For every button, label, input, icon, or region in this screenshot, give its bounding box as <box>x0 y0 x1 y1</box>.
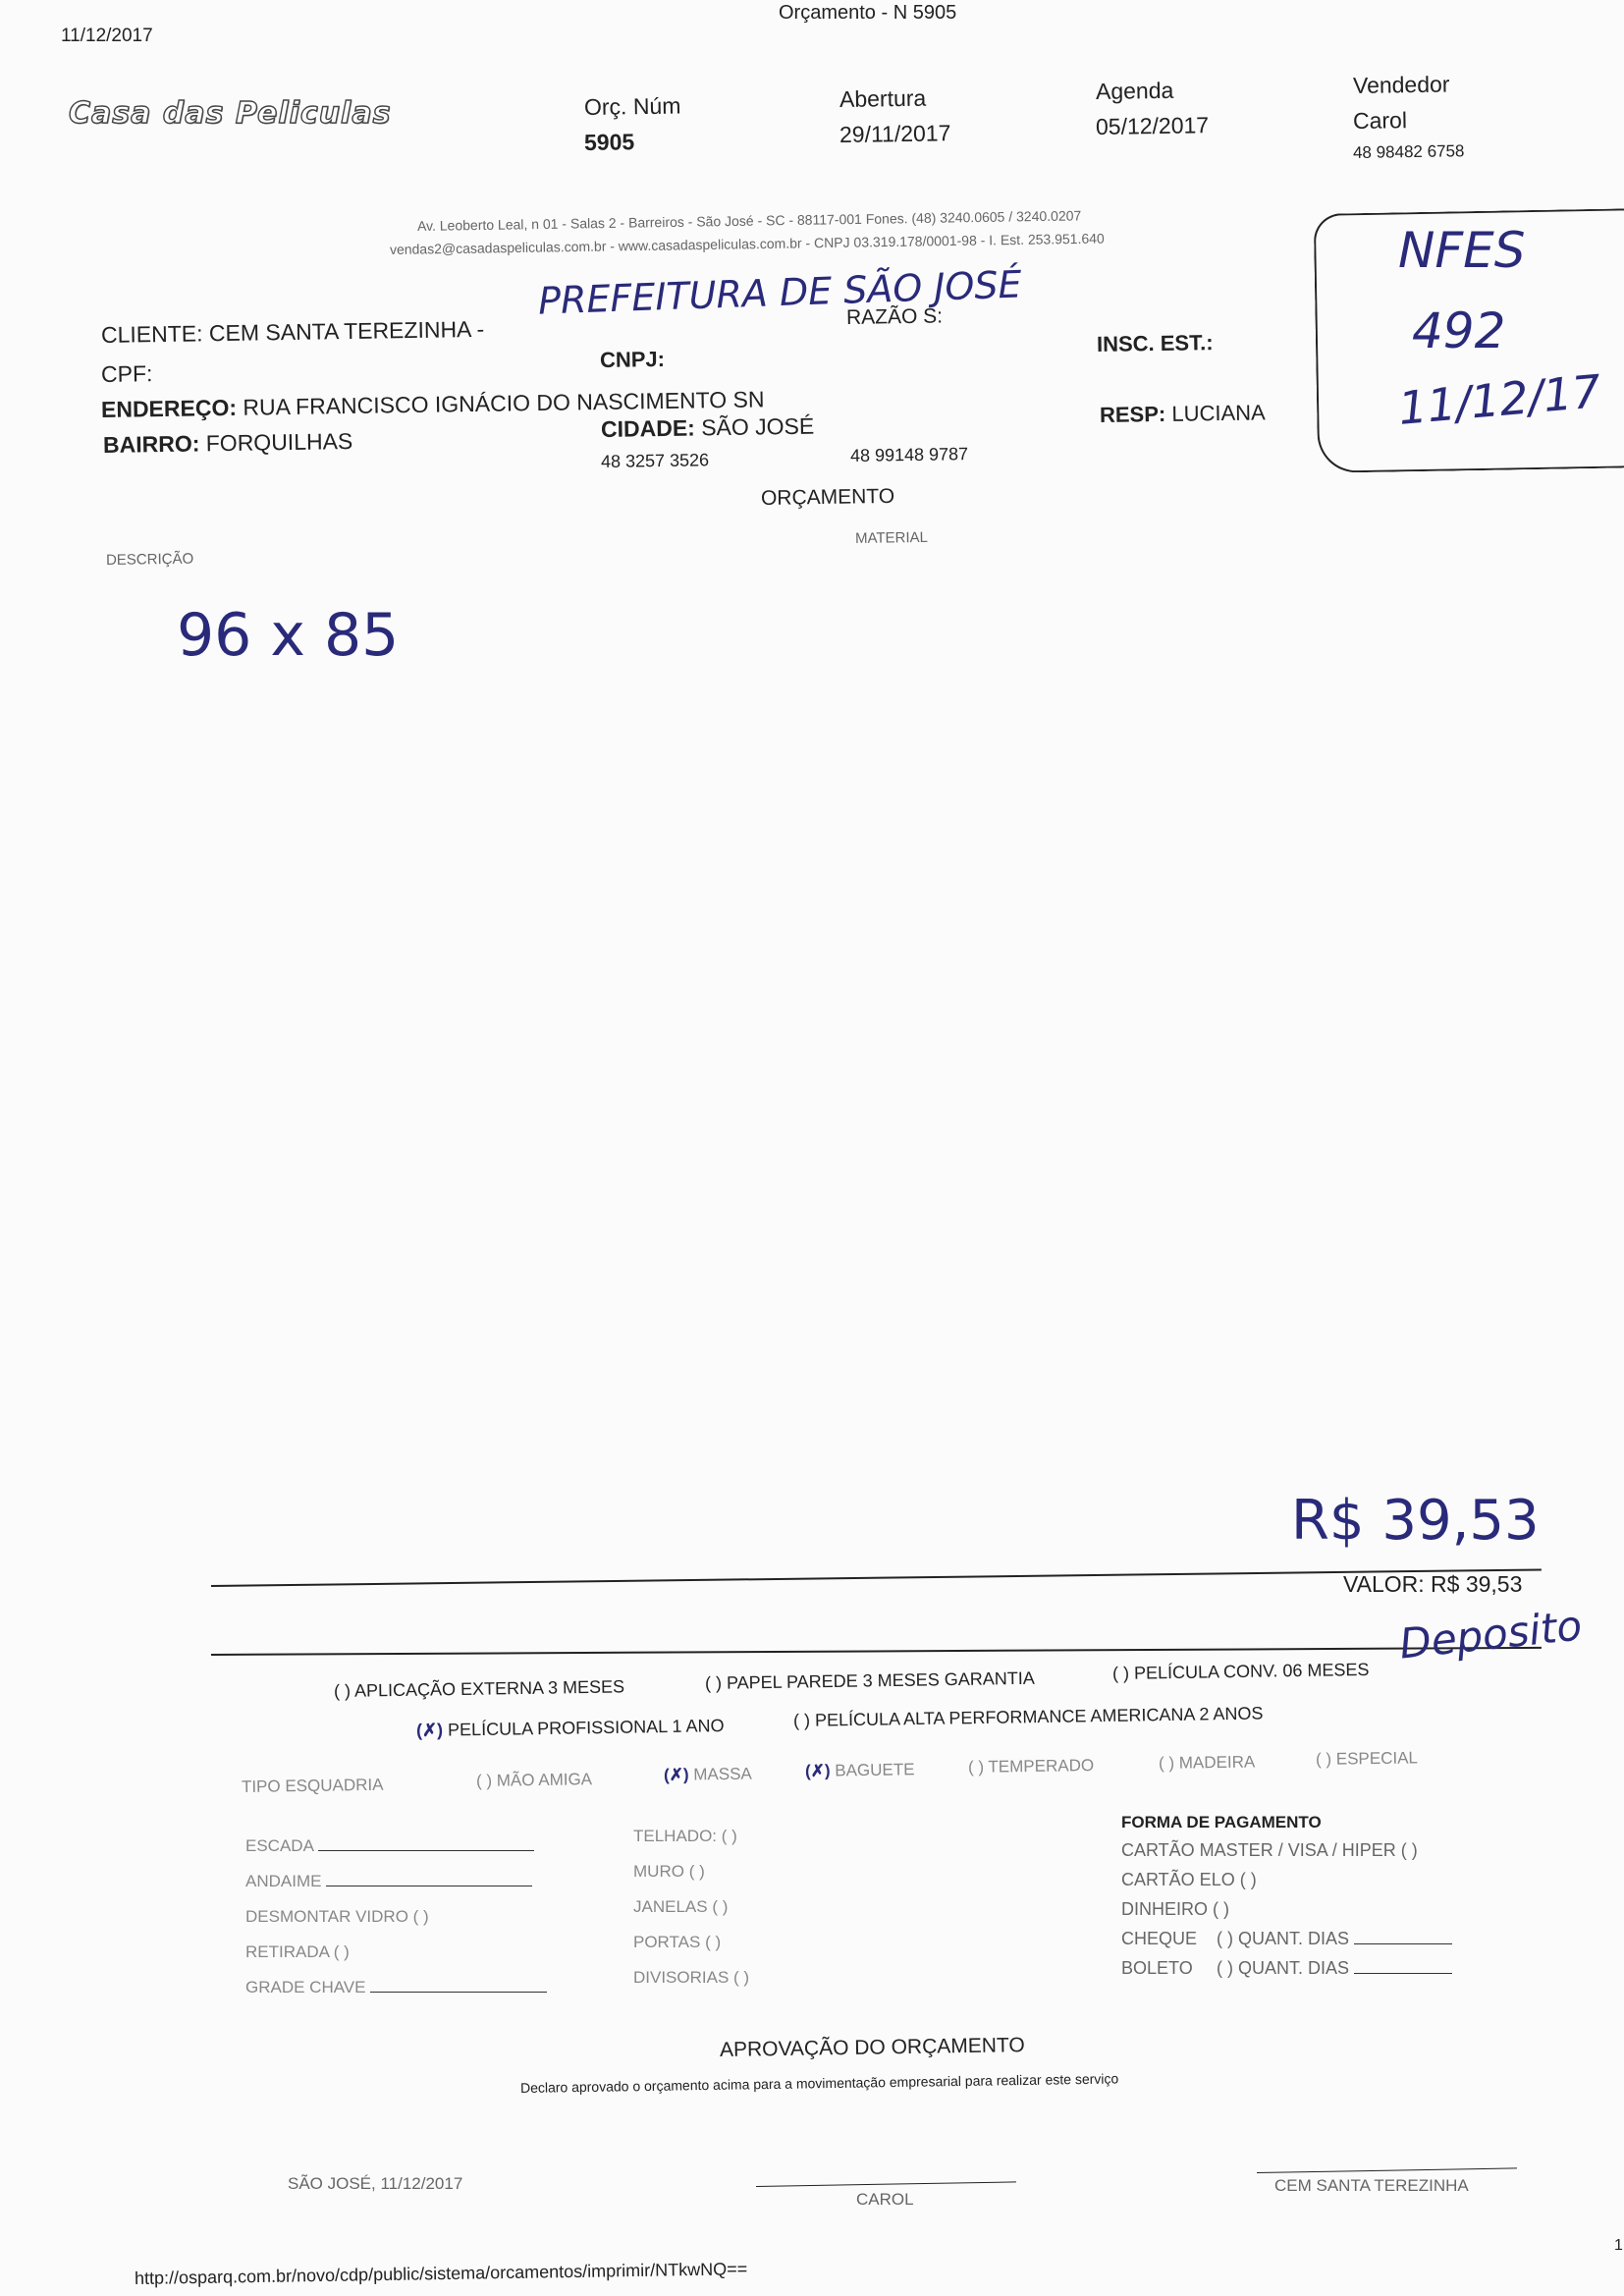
seller-signature-line <box>756 2181 1016 2187</box>
esquadria-option[interactable]: (✗) MASSA <box>664 1765 752 1785</box>
endereco-label: ENDEREÇO: <box>101 395 237 422</box>
print-title: Orçamento - N 5905 <box>779 2 956 25</box>
valor-label: VALOR: <box>1343 1571 1425 1597</box>
extra-grade-chave[interactable]: GRADE CHAVE <box>245 1978 547 1997</box>
checkbox-empty-icon: ( ) <box>712 1897 728 1916</box>
checkbox-empty-icon: ( ) <box>1217 1929 1233 1948</box>
warranty-option[interactable]: ( ) PAPEL PAREDE 3 MESES GARANTIA <box>705 1668 1035 1694</box>
checkbox-empty-icon: ( ) <box>968 1758 984 1777</box>
vendedor-value: Carol <box>1353 107 1407 135</box>
checkbox-empty-icon: ( ) <box>476 1772 492 1790</box>
valor-value: R$ 39,53 <box>1431 1571 1522 1597</box>
boleto-days-input-line[interactable] <box>1354 1973 1452 1974</box>
escada-input-line[interactable] <box>318 1850 534 1851</box>
payment-title: FORMA DE PAGAMENTO <box>1121 1813 1322 1832</box>
extra-andaime[interactable]: ANDAIME <box>245 1872 532 1891</box>
cidade-value: SÃO JOSÉ <box>701 413 814 441</box>
abertura-label: Abertura <box>839 85 927 113</box>
checkbox-checked-icon: (✗) <box>664 1766 689 1784</box>
esquadria-option[interactable]: ( ) MADEIRA <box>1159 1752 1256 1774</box>
payment-option-dinheiro[interactable]: DINHEIRO ( ) <box>1121 1899 1229 1920</box>
checkbox-empty-icon: ( ) <box>689 1862 705 1881</box>
company-address: Av. Leoberto Leal, n 01 - Salas 2 - Barr… <box>417 207 1081 234</box>
esquadria-label: TIPO ESQUADRIA <box>242 1776 384 1797</box>
checkbox-empty-icon: ( ) <box>705 1673 722 1693</box>
checkbox-empty-icon: ( ) <box>1401 1840 1418 1860</box>
page-number: 1 <box>1614 2237 1623 2255</box>
seller-signature-name: CAROL <box>856 2190 914 2210</box>
checkbox-empty-icon: ( ) <box>1159 1754 1174 1773</box>
extra-muro[interactable]: MURO ( ) <box>633 1862 705 1882</box>
cidade-label: CIDADE: <box>601 414 695 442</box>
orc-num-value: 5905 <box>584 129 635 156</box>
checkbox-empty-icon: ( ) <box>413 1907 429 1926</box>
payment-option-boleto[interactable]: BOLETO ( ) QUANT. DIAS <box>1121 1958 1452 1979</box>
cheque-days-input-line[interactable] <box>1354 1943 1452 1944</box>
checkbox-empty-icon: ( ) <box>1217 1958 1233 1978</box>
extra-escada[interactable]: ESCADA <box>245 1836 534 1856</box>
checkbox-empty-icon: ( ) <box>733 1968 749 1987</box>
payment-option-cheque[interactable]: CHEQUE ( ) QUANT. DIAS <box>1121 1929 1452 1949</box>
checkbox-empty-icon: ( ) <box>722 1827 737 1845</box>
bairro-label: BAIRRO: <box>103 430 200 458</box>
checkbox-checked-icon: (✗) <box>805 1762 831 1780</box>
extra-desmontar-vidro[interactable]: DESMONTAR VIDRO ( ) <box>245 1907 429 1927</box>
client-phone-1: 48 3257 3526 <box>601 450 709 472</box>
esquadria-option[interactable]: ( ) ESPECIAL <box>1316 1748 1418 1770</box>
cnpj-label: CNPJ: <box>600 347 665 373</box>
client-signature-name: CEM SANTA TEREZINHA <box>1274 2176 1469 2196</box>
cidade-field: CIDADE: SÃO JOSÉ <box>601 413 815 443</box>
checkbox-empty-icon: ( ) <box>793 1711 810 1730</box>
vendedor-phone: 48 98482 6758 <box>1353 141 1465 163</box>
handwritten-payment-method: Deposito <box>1397 1601 1584 1667</box>
checkbox-empty-icon: ( ) <box>1112 1664 1129 1683</box>
payment-option-card[interactable]: CARTÃO MASTER / VISA / HIPER ( ) <box>1121 1840 1418 1861</box>
checkbox-checked-icon: (✗) <box>416 1721 443 1740</box>
bairro-field: BAIRRO: FORQUILHAS <box>103 428 353 459</box>
payment-option-elo[interactable]: CARTÃO ELO ( ) <box>1121 1870 1257 1890</box>
extra-janelas[interactable]: JANELAS ( ) <box>633 1897 728 1917</box>
handwritten-client-name: PREFEITURA DE SÃO JOSÉ <box>537 262 1022 322</box>
warranty-option[interactable]: ( ) PELÍCULA CONV. 06 MESES <box>1112 1660 1370 1684</box>
valor-field: VALOR: R$ 39,53 <box>1343 1571 1522 1598</box>
handwritten-note-nfes: NFES <box>1398 222 1526 279</box>
warranty-option[interactable]: (✗) PELÍCULA PROFISSIONAL 1 ANO <box>416 1716 725 1741</box>
esquadria-option[interactable]: ( ) TEMPERADO <box>968 1756 1094 1777</box>
vendedor-label: Vendedor <box>1353 71 1450 99</box>
orc-num-label: Orç. Núm <box>584 92 681 121</box>
warranty-option[interactable]: ( ) APLICAÇÃO EXTERNA 3 MESES <box>334 1676 624 1702</box>
extra-retirada[interactable]: RETIRADA ( ) <box>245 1942 350 1962</box>
warranty-option[interactable]: ( ) PELÍCULA ALTA PERFORMANCE AMERICANA … <box>793 1703 1264 1731</box>
extra-portas[interactable]: PORTAS ( ) <box>633 1933 721 1952</box>
handwritten-total: R$ 39,53 <box>1291 1489 1540 1553</box>
andaime-input-line[interactable] <box>326 1886 532 1886</box>
cpf-label: CPF: <box>101 360 153 388</box>
resp-field: RESP: LUCIANA <box>1100 400 1266 428</box>
abertura-value: 29/11/2017 <box>839 120 951 148</box>
checkbox-empty-icon: ( ) <box>1213 1899 1229 1919</box>
approval-place-date: SÃO JOSÉ, 11/12/2017 <box>288 2174 462 2194</box>
section-title: ORÇAMENTO <box>761 485 894 511</box>
bairro-value: FORQUILHAS <box>206 428 353 456</box>
extra-divisorias[interactable]: DIVISORIAS ( ) <box>633 1968 749 1988</box>
total-top-divider <box>211 1568 1542 1587</box>
client-phone-2: 48 99148 9787 <box>850 444 968 466</box>
handwritten-description: 96 x 85 <box>177 601 399 670</box>
extra-telhado[interactable]: TELHADO: ( ) <box>633 1827 737 1846</box>
print-date: 11/12/2017 <box>61 26 153 47</box>
company-logo: Casa das Peliculas <box>69 96 391 131</box>
approval-text: Declaro aprovado o orçamento acima para … <box>520 2070 1118 2096</box>
descricao-label: DESCRIÇÃO <box>106 551 193 569</box>
checkbox-empty-icon: ( ) <box>1240 1870 1257 1889</box>
material-label: MATERIAL <box>855 529 928 547</box>
agenda-label: Agenda <box>1096 78 1174 105</box>
resp-value: LUCIANA <box>1171 400 1266 425</box>
checkbox-empty-icon: ( ) <box>334 1681 351 1701</box>
approval-title: APROVAÇÃO DO ORÇAMENTO <box>720 2034 1025 2062</box>
esquadria-option[interactable]: (✗) BAGUETE <box>805 1760 915 1781</box>
cliente-field: CLIENTE: CEM SANTA TEREZINHA - <box>101 316 485 349</box>
total-bottom-divider <box>211 1647 1542 1656</box>
checkbox-empty-icon: ( ) <box>705 1933 721 1951</box>
esquadria-option[interactable]: ( ) MÃO AMIGA <box>476 1770 592 1791</box>
insc-est-label: INSC. EST.: <box>1097 330 1214 357</box>
razao-label: RAZÃO S: <box>846 304 943 330</box>
checkbox-empty-icon: ( ) <box>334 1942 350 1961</box>
agenda-value: 05/12/2017 <box>1096 112 1210 140</box>
checkbox-empty-icon: ( ) <box>1316 1750 1331 1769</box>
cliente-label: CLIENTE: <box>101 320 203 348</box>
resp-label: RESP: <box>1100 402 1166 427</box>
grade-chave-input-line[interactable] <box>370 1992 547 1993</box>
company-contact: vendas2@casadaspeliculas.com.br - www.ca… <box>390 231 1105 257</box>
footer-url[interactable]: http://osparq.com.br/novo/cdp/public/sis… <box>135 2259 747 2289</box>
client-signature-line <box>1257 2167 1517 2173</box>
handwritten-note-number: 492 <box>1412 302 1505 359</box>
cliente-value: CEM SANTA TEREZINHA - <box>209 316 485 346</box>
